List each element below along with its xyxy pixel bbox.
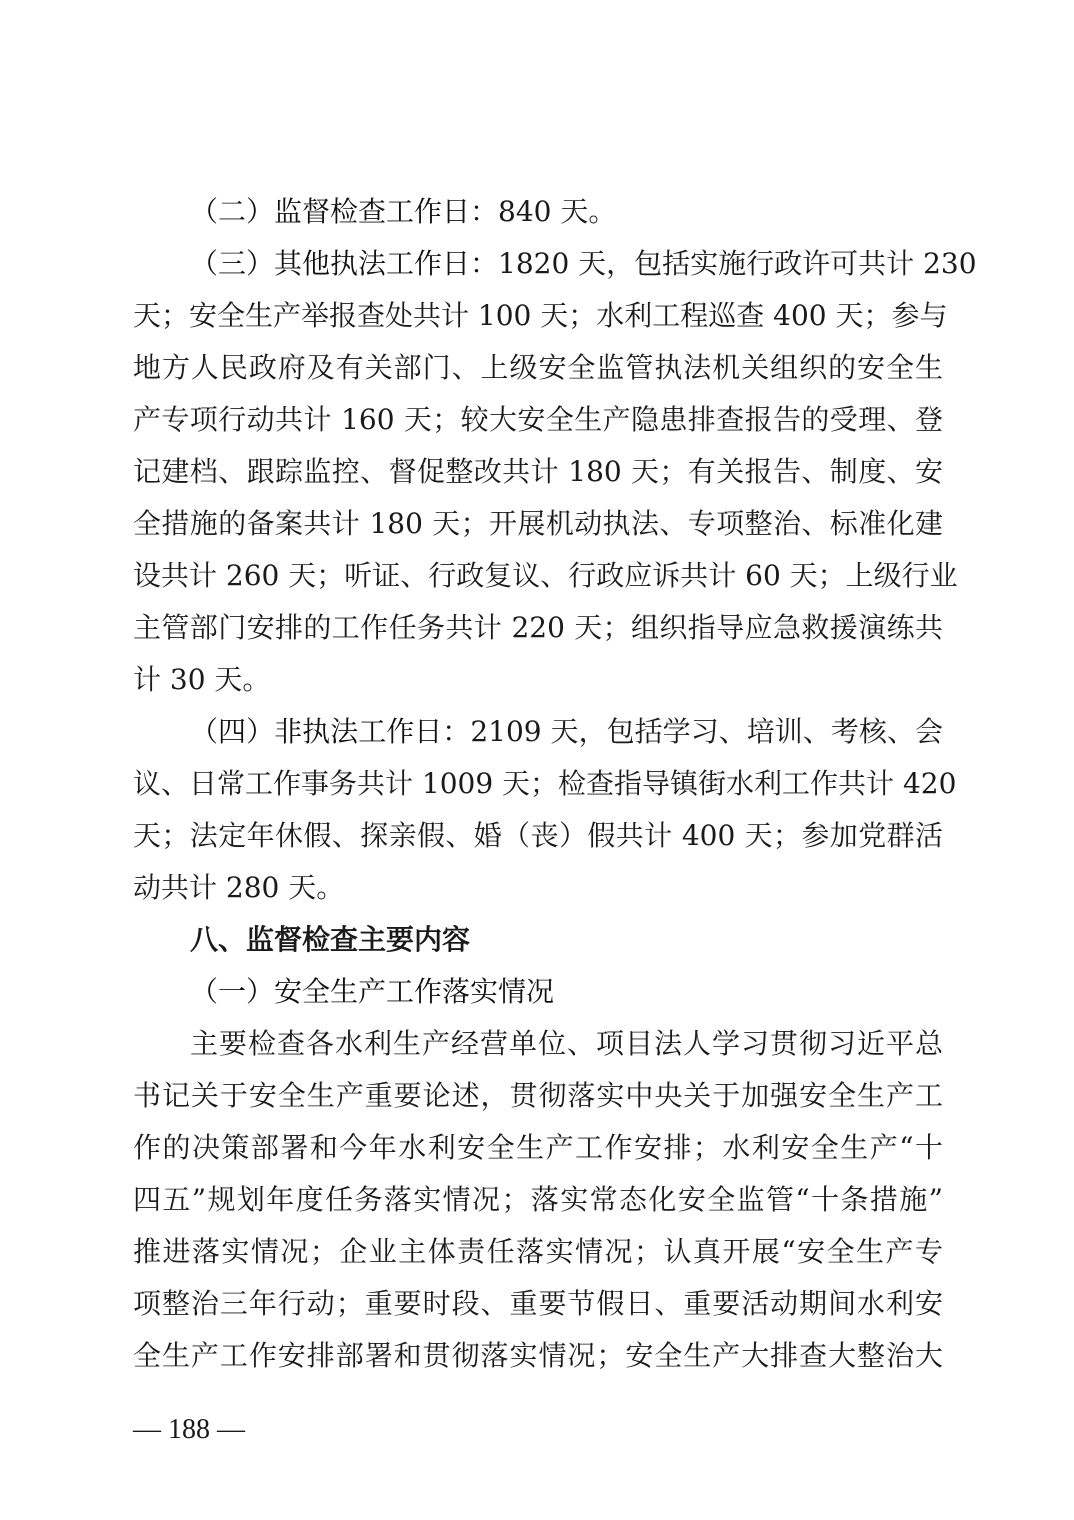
paragraph-line: 主管部门安排的工作任务共计 220 天；组织指导应急救援演练共 — [133, 602, 943, 654]
paragraph-line: 作的决策部署和今年水利安全生产工作安排；水利安全生产“十 — [133, 1122, 943, 1174]
section-4-line: （四）非执法工作日：2109 天，包括学习、培训、考核、会 — [133, 706, 943, 758]
paragraph-line: 全措施的备案共计 180 天；开展机动执法、专项整治、标准化建 — [133, 498, 943, 550]
section-3-line: （三）其他执法工作日：1820 天，包括实施行政许可共计 230 — [133, 238, 943, 290]
paragraph-line: 记建档、跟踪监控、督促整改共计 180 天；有关报告、制度、安 — [133, 446, 943, 498]
paragraph-line: 书记关于安全生产重要论述，贯彻落实中央关于加强安全生产工 — [133, 1070, 943, 1122]
paragraph-line: 推进落实情况；企业主体责任落实情况；认真开展“安全生产专 — [133, 1226, 943, 1278]
paragraph-line: 主要检查各水利生产经营单位、项目法人学习贯彻习近平总 — [133, 1018, 943, 1070]
paragraph-line: 天；安全生产举报查处共计 100 天；水利工程巡查 400 天；参与 — [133, 290, 943, 342]
paragraph-line: 动共计 280 天。 — [133, 862, 943, 914]
paragraph-line: 四五”规划年度任务落实情况；落实常态化安全监管“十条措施” — [133, 1174, 943, 1226]
section-3-label: （三）其他执法工作日： — [190, 247, 498, 280]
paragraph-line: 计 30 天。 — [133, 654, 943, 706]
paragraph-line: 天；法定年休假、探亲假、婚（丧）假共计 400 天；参加党群活 — [133, 810, 943, 862]
paragraph-line: 全生产工作安排部署和贯彻落实情况；安全生产大排查大整治大 — [133, 1330, 943, 1382]
document-page: （二）监督检查工作日：840 天。 （三）其他执法工作日：1820 天，包括实施… — [133, 186, 943, 1382]
paragraph-line: 议、日常工作事务共计 1009 天；检查指导镇街水利工作共计 420 — [133, 758, 943, 810]
section-3-text: 1820 天，包括实施行政许可共计 230 — [498, 247, 977, 280]
page-number: — 188 — — [133, 1410, 245, 1450]
paragraph-line: 地方人民政府及有关部门、上级安全监管执法机关组织的安全生 — [133, 342, 943, 394]
paragraph-line: 项整治三年行动；重要时段、重要节假日、重要活动期间水利安 — [133, 1278, 943, 1330]
section-4-text: 2109 天，包括学习、培训、考核、会 — [470, 715, 943, 748]
section-heading-8: 八、监督检查主要内容 — [133, 914, 943, 966]
paragraph-line: 设共计 260 天；听证、行政复议、行政应诉共计 60 天；上级行业 — [133, 550, 943, 602]
section-2-text: 840 天。 — [498, 195, 616, 228]
subsection-heading-1: （一）安全生产工作落实情况 — [133, 966, 943, 1018]
section-2-line: （二）监督检查工作日：840 天。 — [133, 186, 943, 238]
paragraph-line: 产专项行动共计 160 天；较大安全生产隐患排查报告的受理、登 — [133, 394, 943, 446]
section-4-label: （四）非执法工作日： — [190, 715, 470, 748]
section-2-label: （二）监督检查工作日： — [190, 195, 498, 228]
